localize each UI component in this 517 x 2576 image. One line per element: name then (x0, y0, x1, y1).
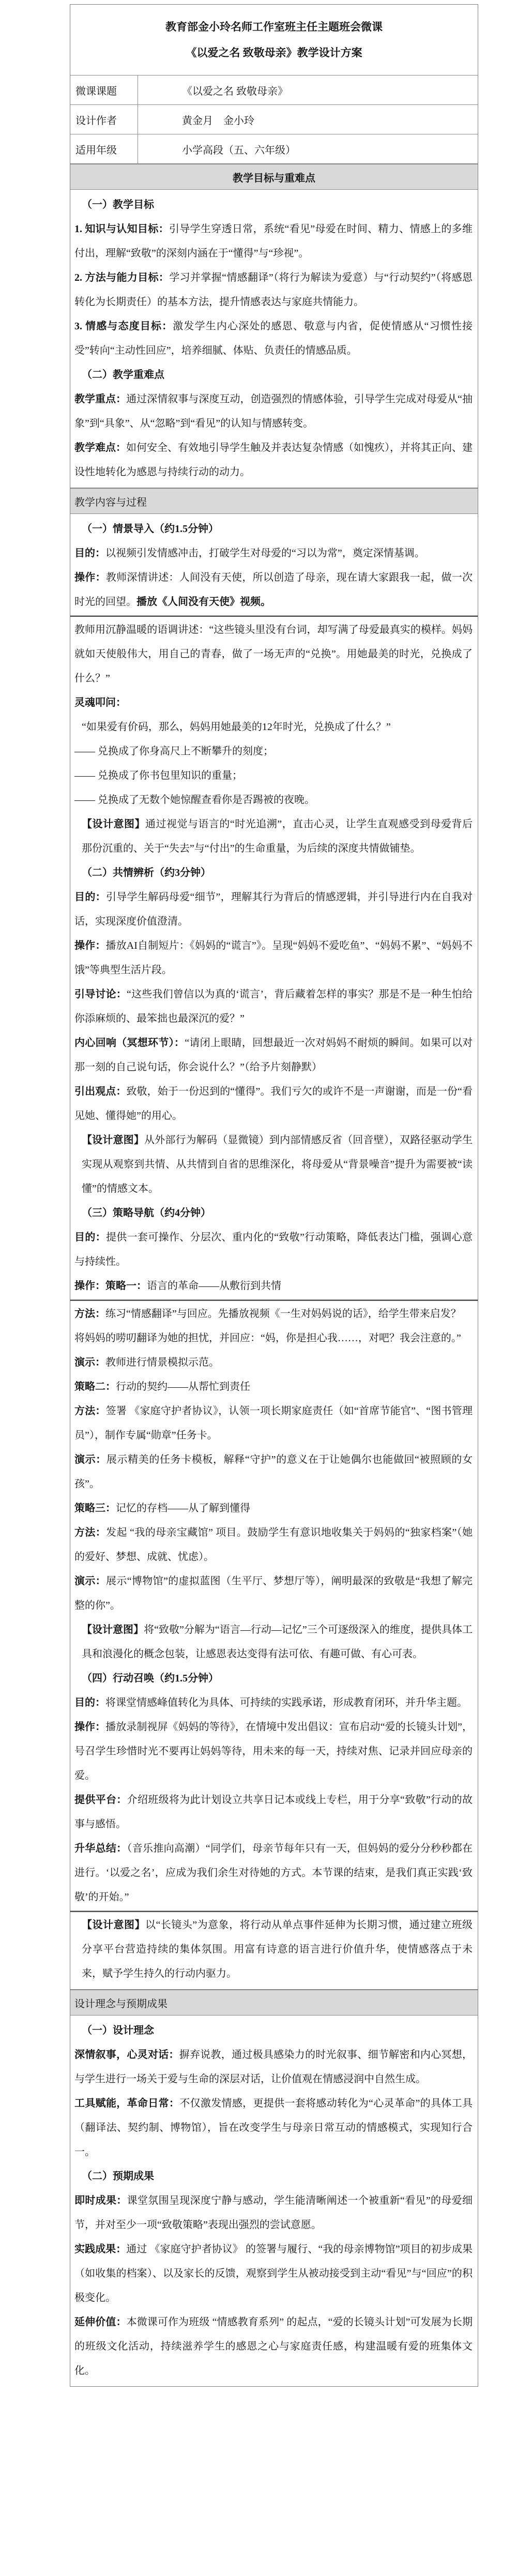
paragraph: 演示：展示精美的任务卡模板，解释“守护”的意义在于让她偶尔也能做回“被照顾的女孩… (74, 1448, 473, 1496)
paragraph: 【设计意图】通过视觉与语言的“时光追溯”，直击心灵，让学生直观感受到母爱背后那份… (74, 812, 473, 861)
page-break-divider (70, 1911, 478, 1912)
grade-value: 小学高段（五、六年级） (138, 134, 478, 163)
paragraph: （一）教学目标 (74, 193, 473, 217)
paragraph: 策略三：记忆的存档——从了解到懂得 (74, 1496, 473, 1521)
paragraph: 引出观点：致敬，始于一份迟到的“懂得”。我们亏欠的或许不是一声谢谢，而是一份“看… (74, 1080, 473, 1128)
paragraph: 提供平台：介绍班级将为此计划设立共享日记本或线上专栏，用于分享“致敬”行动的故事… (74, 1788, 473, 1837)
paragraph: 目的：提供一套可操作、分层次、重内化的“致敬”行动策略，降低表达门槛，强调心意与… (74, 1225, 473, 1274)
paragraph: （二）教学重难点 (74, 363, 473, 387)
paragraph: （二）预期成果 (74, 2164, 473, 2189)
paragraph: 即时成果：课堂氛围呈现深度宁静与感动，学生能清晰阐述一个被重新“看见”的母爱细节… (74, 2189, 473, 2237)
paragraph: 实践成果：通过 《家庭守护者协议》 的签署与履行、“我的母亲博物馆”项目的初步成… (74, 2237, 473, 2310)
paragraph: 灵魂叩问： (74, 691, 473, 715)
paragraph: 方法：练习“情感翻译”与回应。先播放视频《一生对妈妈说的话》，给学生带来启发？ (74, 1302, 473, 1326)
author-label: 设计作者 (70, 105, 138, 134)
title-line-2: 《以爱之名 致敬母亲》教学设计方案 (75, 40, 473, 66)
paragraph: 策略二：行动的契约——从帮忙到责任 (74, 1375, 473, 1399)
paragraph: 【设计意图】以“长镜头”为意象，将行动从单点事件延伸为长期习惯，通过建立班级分享… (74, 1913, 473, 1986)
paragraph: （四）行动召唤（约1.5分钟） (74, 1666, 473, 1691)
paragraph: 升华总结：（音乐推向高潮）“同学们，母亲节每年只有一天，但妈妈的爱分分秒秒都在进… (74, 1837, 473, 1910)
info-row-author: 设计作者 黄金月 金小玲 (70, 105, 478, 134)
paragraph: “如果爱有价码，那么，妈妈用她最美的12年时光，兑换成了什么？” (74, 715, 473, 739)
paragraph: 方法：发起 “我的母亲宝藏馆” 项目。鼓励学生有意识地收集关于妈妈的“独家档案”… (74, 1521, 473, 1569)
section-process-body: （一）情景导入（约1.5分钟）目的：以视频引发情感冲击，打破学生对母爱的“习以为… (70, 514, 478, 1989)
paragraph: —— 兑换成了无数个她惊醒查看你是否踢被的夜晚。 (74, 788, 473, 812)
paragraph: 操作：播放录制视屏《妈妈的等待》，在情境中发出倡议：宣布启动“爱的长镜头计划”，… (74, 1715, 473, 1788)
paragraph: （三）策略导航（约4分钟） (74, 1201, 473, 1225)
title-row: 教育部金小玲名师工作室班主任主题班会微课 《以爱之名 致敬母亲》教学设计方案 (70, 5, 478, 75)
paragraph: 将妈妈的唠叨翻译为她的担忧，并回应：“妈，你是担心我……，对吧？我会注意的。” (74, 1326, 473, 1351)
paragraph: —— 兑换成了你书包里知识的重量； (74, 764, 473, 788)
section-concept-body: （一）设计理念深情叙事，心灵对话：摒弃说教，通过极具感染力的时光叙事、细节解密和… (70, 2016, 478, 2386)
info-row-grade: 适用年级 小学高段（五、六年级） (70, 134, 478, 164)
topic-label: 微课课题 (70, 75, 138, 104)
grade-label: 适用年级 (70, 134, 138, 163)
paragraph: 延伸价值：本微课可作为班级 “情感教育系列” 的起点，“爱的长镜头计划”可发展为… (74, 2310, 473, 2383)
paragraph: 方法：签署 《家庭守护者协议》，认领一项长期家庭责任（如“首席节能官”、“图书管… (74, 1399, 473, 1448)
paragraph: 【设计意图】将“致敬”分解为“语言—行动—记忆”三个可逐级深入的维度，提供具体工… (74, 1618, 473, 1666)
paragraph: 教师用沉静温暖的语调讲述：“这些镜头里没有台词，却写满了母爱最真实的模样。妈妈就… (74, 618, 473, 691)
paragraph: 操作：教师深情讲述：人间没有天使，所以创造了母亲，现在请大家跟我一起，做一次时光… (74, 566, 473, 614)
paragraph: 操作：策略一：语言的革命——从敷衍到共情 (74, 1274, 473, 1298)
section-header-concept: 设计理念与预期成果 (70, 1990, 478, 2016)
info-row-topic: 微课课题 《以爱之名 致敬母亲》 (70, 75, 478, 105)
author-value: 黄金月 金小玲 (138, 105, 478, 134)
paragraph: 操作：播放AI自制短片：《妈妈的“谎言”》。呈现“妈妈不爱吃鱼”、“妈妈不累”、… (74, 934, 473, 982)
paragraph: 2. 方法与能力目标：学习并掌握“情感翻译”（将行为解读为爱意）与“行动契约”（… (74, 266, 473, 314)
section-objectives-body: （一）教学目标1. 知识与认知目标：引导学生穿透日常，系统“看见”母爱在时间、精… (70, 190, 478, 488)
paragraph: —— 兑换成了你身高尺上不断攀升的刻度； (74, 739, 473, 764)
topic-value: 《以爱之名 致敬母亲》 (138, 75, 478, 104)
page-break-divider (70, 1299, 478, 1301)
paragraph: 3. 情感与态度目标：激发学生内心深处的感恩、敬意与内省，促使情感从“习惯性接受… (74, 314, 473, 363)
document-title: 教育部金小玲名师工作室班主任主题班会微课 《以爱之名 致敬母亲》教学设计方案 (70, 5, 478, 75)
section-objectives-row: （一）教学目标1. 知识与认知目标：引导学生穿透日常，系统“看见”母爱在时间、精… (70, 190, 478, 488)
section-header-objectives: 教学目标与重难点 (70, 164, 478, 190)
paragraph: （一）情景导入（约1.5分钟） (74, 517, 473, 541)
lesson-plan-table: 教育部金小玲名师工作室班主任主题班会微课 《以爱之名 致敬母亲》教学设计方案 微… (70, 4, 478, 2387)
paragraph: （一）设计理念 (74, 2019, 473, 2043)
paragraph: 演示：展示“博物馆”的虚拟蓝图（生平厅、梦想厅等），阐明最深的致敬是“我想了解完… (74, 1569, 473, 1618)
paragraph: 教学难点：如何安全、有效地引导学生触及并表达复杂情感（如愧疚），并将其正向、建设… (74, 436, 473, 484)
paragraph: 引导讨论：“这些我们曾信以为真的‘谎言’，背后藏着怎样的事实？那是不是一种生怕给… (74, 982, 473, 1031)
page-break-divider (70, 615, 478, 617)
paragraph: 1. 知识与认知目标：引导学生穿透日常，系统“看见”母爱在时间、精力、情感上的多… (74, 217, 473, 266)
paragraph: 深情叙事，心灵对话：摒弃说教，通过极具感染力的时光叙事、细节解密和内心冥想，与学… (74, 2043, 473, 2092)
paragraph: 目的：引导学生解码母爱“细节”，理解其行为背后的情感逻辑，并引导进行内在自我对话… (74, 885, 473, 934)
paragraph: 教学重点：通过深情叙事与深度互动，创造强烈的情感体验，引导学生完成对母爱从“抽象… (74, 387, 473, 436)
title-line-1: 教育部金小玲名师工作室班主任主题班会微课 (75, 14, 473, 40)
section-header-process: 教学内容与过程 (70, 488, 478, 514)
paragraph: 【设计意图】从外部行为解码（显微镜）到内部情感反省（回音壁），双路径驱动学生实现… (74, 1128, 473, 1201)
paragraph: 内心回响（冥想环节）：“请闭上眼睛，回想最近一次对妈妈不耐烦的瞬间。如果可以对那… (74, 1031, 473, 1080)
paragraph: 目的：以视频引发情感冲击，打破学生对母爱的“习以为常”，奠定深情基调。 (74, 541, 473, 566)
section-concept-row: （一）设计理念深情叙事，心灵对话：摒弃说教，通过极具感染力的时光叙事、细节解密和… (70, 2016, 478, 2386)
section-process-row: （一）情景导入（约1.5分钟）目的：以视频引发情感冲击，打破学生对母爱的“习以为… (70, 514, 478, 1990)
paragraph: 演示：教师进行情景模拟示范。 (74, 1351, 473, 1375)
paragraph: （二）共情辨析（约3分钟） (74, 861, 473, 885)
paragraph: 目的：将课堂情感峰值转化为具体、可持续的实践承诺，形成教育闭环，并升华主题。 (74, 1691, 473, 1715)
paragraph: 工具赋能，革命日常：不仅激发情感，更提供一套将感动转化为“心灵革命”的具体工具（… (74, 2092, 473, 2164)
